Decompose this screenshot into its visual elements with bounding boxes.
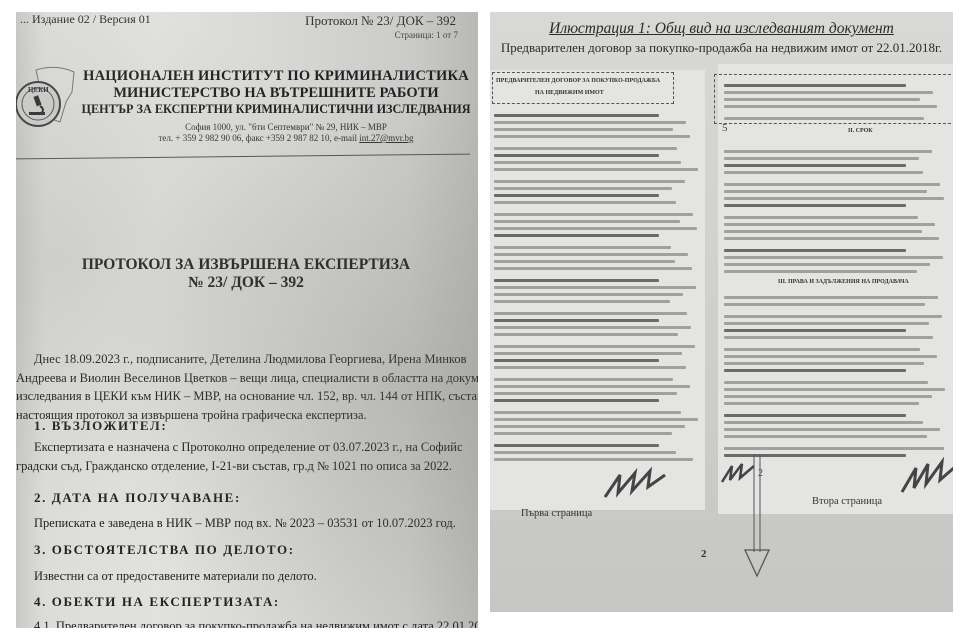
text-line [494,293,683,296]
text-line [494,213,693,216]
illustration-page: Илюстрация 1: Общ вид на изследваният до… [490,12,953,612]
text-line [494,161,681,164]
text-line [724,190,927,193]
text-line [724,204,906,207]
text-line [494,135,690,138]
text-line [724,421,923,424]
text-line [724,84,906,87]
text-line [724,216,918,219]
text-line [494,399,659,402]
text-line [724,447,944,450]
seller-obligations-heading: III. ПРАВА И ЗАДЪЛЖЕНИЯ НА ПРОДАВАЧА [778,279,909,285]
text-line [724,355,937,358]
document-number: № 23/ ДОК – 392 [76,274,416,292]
text-line [494,425,685,428]
text-line [724,414,906,417]
text-line [494,194,659,197]
section-text-receipt-date: Преписката е заведена в НИК – МВР под вх… [34,514,478,533]
phone-fax: тел. + 359 2 982 90 06, факс +359 2 987 … [158,133,359,143]
down-arrow-icon [742,454,772,612]
ministry-name: МИНИСТЕРСТВО НА ВЪТРЕШНИТЕ РАБОТИ [76,85,476,102]
protocol-number-header: Протокол № 23/ ДОК – 392 [305,13,456,29]
section-text-circumstances: Известни са от предоставените материали … [34,567,478,586]
text-line [494,333,678,336]
text-line [494,234,659,237]
text-line [494,286,696,289]
text-line [494,128,673,131]
text-line [494,451,676,454]
text-line [494,411,681,414]
text-line [494,392,677,395]
text-line [724,256,943,259]
text-line [494,267,692,270]
section-heading-circumstances: 3. ОБСТОЯТЕЛСТВА ПО ДЕЛОТО: [34,542,295,558]
text-line [724,428,940,431]
illustration-subtitle: Предварителен договор за покупко-продажб… [490,40,953,56]
term-heading: II. СРОК [848,128,873,134]
text-line [724,270,917,273]
text-line [724,381,928,384]
page-number: 2 [701,548,707,560]
text-line [724,336,933,339]
contract-heading: ПРЕДВАРИТЕЛЕН ДОГОВОР ЗА ПОКУПКО-ПРОДАЖБ… [496,78,660,84]
text-line [494,418,698,421]
text-line [494,385,690,388]
address-line: София 1000, ул. "6ти Септември" № 29, НИ… [96,122,476,132]
institution-name: НАЦИОНАЛЕН ИНСТИТУТ ПО КРИМИНАЛИСТИКА [76,68,476,85]
text-line [494,246,671,249]
text-line [724,348,920,351]
text-line [494,312,687,315]
document-title: ПРОТОКОЛ ЗА ИЗВЪРШЕНА ЕКСПЕРТИЗА [76,256,416,274]
text-line [724,296,938,299]
text-line [724,329,906,332]
text-line [494,300,670,303]
section-heading-assignor: 1. ВЪЗЛОЖИТЕЛ: [34,418,167,434]
text-line [494,201,676,204]
text-line [494,253,688,256]
text-line [724,249,906,252]
text-line [494,345,695,348]
text-line [724,230,922,233]
text-line [494,227,697,230]
text-line [724,98,920,101]
section-text-assignor: Експертизата е назначена с Протоколно оп… [16,438,478,475]
email-link[interactable]: int.27@mvr.bg [359,133,413,143]
text-line [494,319,659,322]
text-line [724,395,932,398]
expert-protocol-page: ... Издание 02 / Версия 01 Протокол № 23… [16,12,478,628]
text-line [724,171,923,174]
text-line [494,458,693,461]
microscope-seal-icon: ЦЕКИ [16,62,76,132]
text-line [724,91,933,94]
section-text-objects: 4.1. Предварителен договор за покупко-пр… [34,617,478,628]
text-line [494,359,659,362]
text-line [494,154,659,157]
page-marker: 5 [722,122,728,134]
text-line [724,157,919,160]
text-line [724,435,927,438]
text-line [494,352,682,355]
illustration-title: Илюстрация 1: Общ вид на изследваният до… [490,20,953,38]
text-line [494,180,685,183]
text-line [494,147,677,150]
svg-text:ЦЕКИ: ЦЕКИ [28,86,49,94]
text-line [724,183,940,186]
text-line [724,315,942,318]
intro-paragraph: Днес 18.09.2023 г., подписаните, Детелин… [16,350,478,424]
first-page-caption: Първа страница [521,508,592,519]
text-line [494,279,659,282]
signature-mark-icon [898,454,953,499]
text-line [724,263,930,266]
page-indicator: Страница: 1 от 7 [395,30,458,40]
text-line [724,303,925,306]
text-line [724,322,929,325]
contract-second-page: 5 II. СРОК III. ПРАВА И ЗАДЪЛЖЕНИЯ НА ПР… [718,64,953,514]
text-line [494,432,672,435]
text-line [494,114,659,117]
text-line [724,223,935,226]
heading-box [492,72,674,104]
text-line [494,444,659,447]
text-line [494,168,698,171]
text-line [494,187,672,190]
contract-subheading: НА НЕДВИЖИМ ИМОТ [535,90,604,96]
contract-first-page: ПРЕДВАРИТЕЛЕН ДОГОВОР ЗА ПОКУПКО-ПРОДАЖБ… [490,70,705,510]
text-line [724,362,924,365]
edition-label: ... Издание 02 / Версия 01 [20,12,151,27]
text-line [494,366,686,369]
second-page-caption: Втора страница [812,496,882,507]
text-line [724,150,932,153]
contact-line: тел. + 359 2 982 90 06, факс +359 2 987 … [96,133,476,143]
text-line [724,117,924,120]
text-line [494,260,675,263]
signature-mark-icon [600,465,670,505]
text-line [724,402,919,405]
section-heading-receipt-date: 2. ДАТА НА ПОЛУЧАВАНЕ: [34,490,241,506]
text-line [724,105,937,108]
header-divider [16,154,470,160]
text-line [494,121,686,124]
text-line [724,164,906,167]
text-line [724,388,945,391]
text-line [494,220,680,223]
text-line [724,197,944,200]
center-name: ЦЕНТЪР ЗА ЕКСПЕРТНИ КРИМИНАЛИСТИЧНИ ИЗСЛ… [76,102,476,117]
text-line [724,237,939,240]
text-line [494,326,691,329]
text-line [494,378,673,381]
section-heading-objects: 4. ОБЕКТИ НА ЕКСПЕРТИЗАТА: [34,594,280,610]
text-line [724,369,906,372]
